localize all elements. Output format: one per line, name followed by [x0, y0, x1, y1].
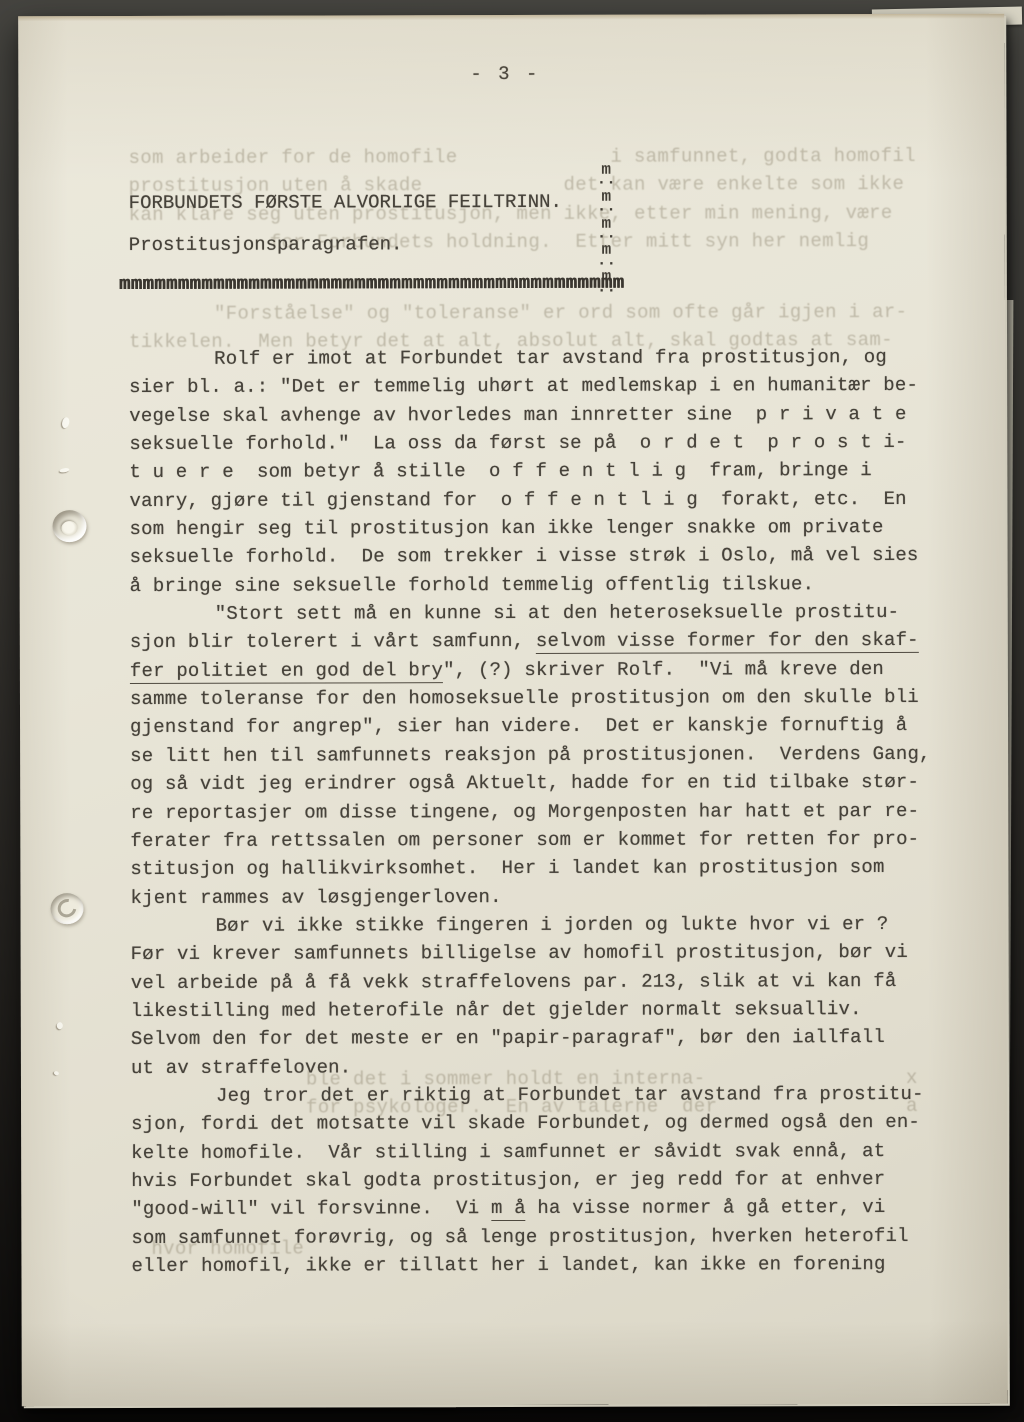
- text-line: vanry, gjøre til gjenstand for o f f e n…: [129, 485, 930, 515]
- heading-subtitle: Prostitusjonsparagrafen.: [129, 223, 562, 266]
- text-line: vel arbeide på å få vekk straffelovens p…: [131, 966, 932, 996]
- paper-dent: [53, 1070, 59, 1075]
- text-line: ferater fra rettssalen om personer som e…: [130, 825, 931, 855]
- text-line: sjon, fordi det motsatte vil skade Forbu…: [131, 1108, 932, 1138]
- text-line: Jeg tror det er riktig at Forbundet tar …: [131, 1080, 932, 1110]
- text-line: hvis Forbundet skal godta prostitusjon, …: [131, 1165, 932, 1195]
- text-line: kjent rammes av løsgjengerloven.: [130, 881, 931, 911]
- text-line: sier bl. a.: "Det er temmelig uhørt at m…: [129, 371, 930, 401]
- text-line: eller homofil, ikke er tillatt her i lan…: [131, 1250, 932, 1280]
- paper-dent: [57, 1022, 63, 1029]
- ghost-text-line: som arbeider for de homofile i samfunnet…: [129, 145, 916, 169]
- text-line: re reportasjer om disse tingene, og Morg…: [130, 796, 931, 826]
- text-line: samme toleranse for den homoseksuelle pr…: [130, 683, 931, 713]
- text-line: fer politiet en god del bry", (?) skrive…: [130, 655, 931, 685]
- text-line: som hengir seg til prostitusjon kan ikke…: [129, 513, 930, 543]
- text-line: seksuelle forhold. De som trekker i viss…: [130, 541, 931, 571]
- paper-dent: [61, 416, 70, 428]
- ghost-layer: som arbeider for de homofile i samfunnet…: [18, 14, 1004, 17]
- text-line: "good-will" vil forsvinne. Vi m å ha vis…: [131, 1193, 932, 1223]
- punch-hole-top: [52, 510, 86, 542]
- text-line: seksuelle forhold." La oss da først se p…: [129, 428, 930, 458]
- text-line: som samfunnet forøvrig, og så lenge pros…: [131, 1222, 932, 1252]
- text-line: se litt hen til samfunnets reaksjon på p…: [130, 740, 931, 770]
- text-line: Før vi krever samfunnets billigelse av h…: [131, 938, 932, 968]
- text-line: Rolf er imot at Forbundet tar avstand fr…: [129, 343, 930, 373]
- text-line: likestilling med heterofile når det gjel…: [131, 995, 932, 1025]
- body-text: Rolf er imot at Forbundet tar avstand fr…: [129, 343, 932, 1280]
- text-line: t u e r e som betyr å stille o f f e n t…: [129, 456, 930, 486]
- divider-horizontal-m-row: mmmmmmmmmmmmmmmmmmmmmmmmmmmmmmmmmmmmmmmm…: [119, 272, 624, 295]
- text-line: "Stort sett må en kunne si at den hetero…: [130, 598, 931, 628]
- text-line: sjon blir tolerert i vårt samfunn, selvo…: [130, 626, 931, 656]
- text-line: å bringe sine seksuelle forhold temmelig…: [130, 570, 931, 600]
- heading-title: FORBUNDETS FØRSTE ALVORLIGE FEILTRINN.: [129, 181, 562, 224]
- text-line: Selvom den for det meste er en "papir-pa…: [131, 1023, 932, 1053]
- photo-background: som arbeider for de homofile i samfunnet…: [0, 0, 1024, 1422]
- document-page: som arbeider for de homofile i samfunnet…: [18, 14, 1008, 1407]
- ghost-text-line: "Forståelse" og "toleranse" er ord som o…: [214, 301, 907, 325]
- text-line: ut av straffeloven.: [131, 1051, 932, 1081]
- document-heading: FORBUNDETS FØRSTE ALVORLIGE FEILTRINN.Pr…: [129, 181, 562, 266]
- text-line: stitusjon og hallikvirksomhet. Her i lan…: [130, 853, 931, 883]
- paper-dent: [59, 467, 70, 473]
- punch-hole-bottom: [50, 893, 83, 924]
- text-line: gjenstand for angrep", sier han videre. …: [130, 711, 931, 741]
- text-line: kelte homofile. Vår stilling i samfunnet…: [131, 1137, 932, 1167]
- text-line: vegelse skal avhenge av hvorledes man in…: [129, 400, 930, 430]
- text-line: og så vidt jeg erindrer også Aktuelt, ha…: [130, 768, 931, 798]
- page-number: - 3 -: [470, 63, 540, 85]
- text-line: Bør vi ikke stikke fingeren i jorden og …: [131, 910, 932, 940]
